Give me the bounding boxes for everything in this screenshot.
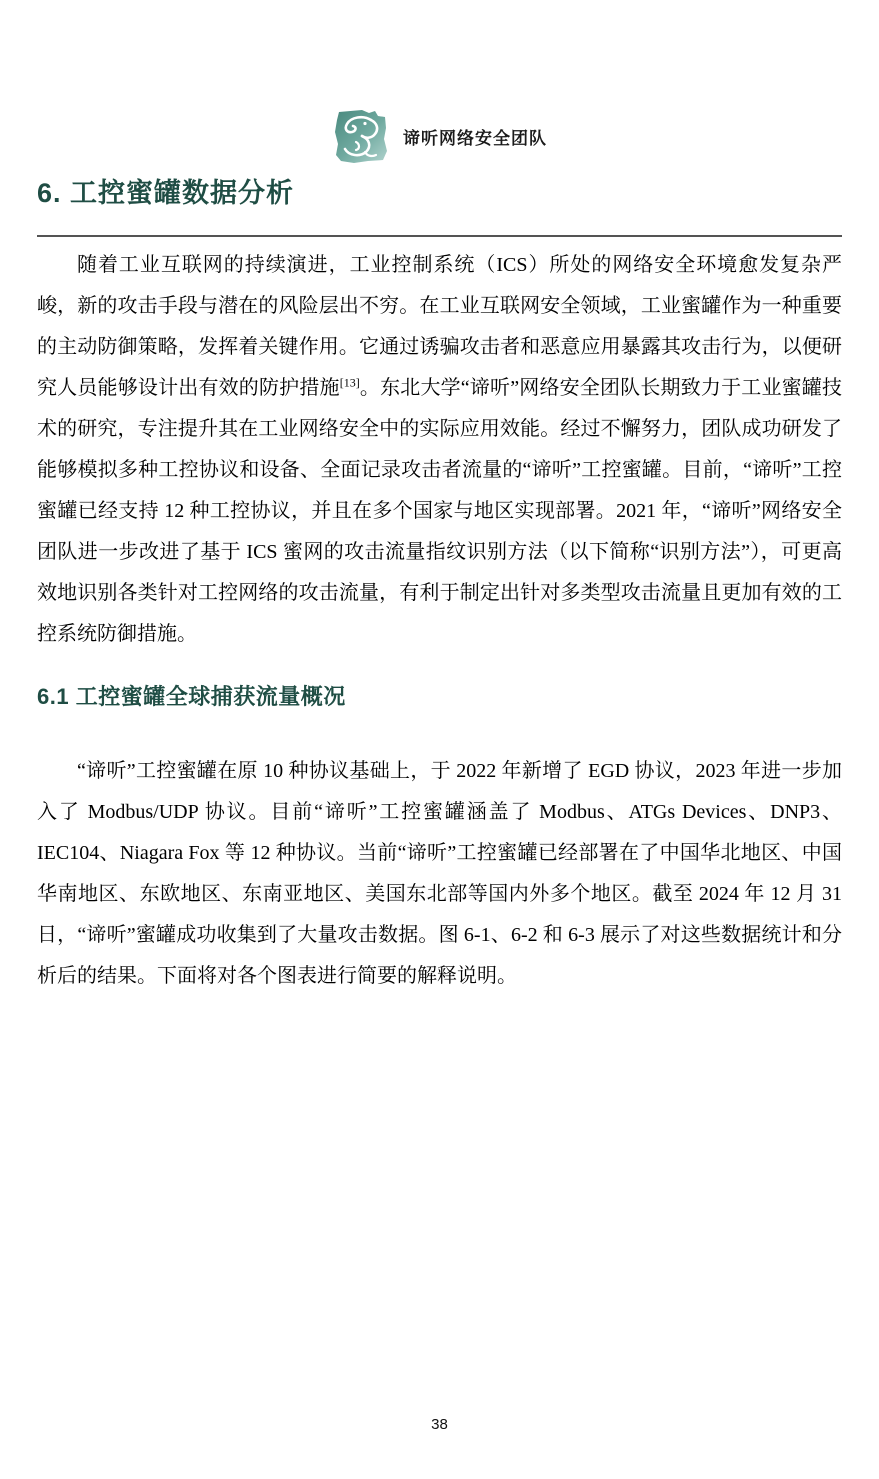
page-number: 38 [431,1416,448,1433]
team-name-label: 谛听网络安全团队 [403,124,547,149]
header-logo: 谛听网络安全团队 [0,0,879,166]
page-footer: 38 [0,1416,879,1433]
document-page: 谛听网络安全团队 6. 工控蜜罐数据分析 随着工业互联网的持续演进，工业控制系统… [0,0,879,1479]
subsection-title: 6.1 工控蜜罐全球捕获流量概况 [37,681,842,713]
paragraph-intro-text-after-ref: 。东北大学“谛听”网络安全团队长期致力于工业蜜罐技术的研究，专注提升其在工业网络… [37,377,842,645]
paragraph-overview: “谛听”工控蜜罐在原 10 种协议基础上，于 2022 年新增了 EGD 协议，… [37,751,842,997]
section-title: 6. 工控蜜罐数据分析 [37,175,842,211]
horizontal-divider [37,235,842,237]
footnote-ref-13: [13] [340,375,360,389]
paragraph-intro: 随着工业互联网的持续演进，工业控制系统（ICS）所处的网络安全环境愈发复杂严峻，… [37,245,842,655]
diting-seal-logo-icon [332,108,389,165]
document-content: 6. 工控蜜罐数据分析 随着工业互联网的持续演进，工业控制系统（ICS）所处的网… [0,175,879,997]
